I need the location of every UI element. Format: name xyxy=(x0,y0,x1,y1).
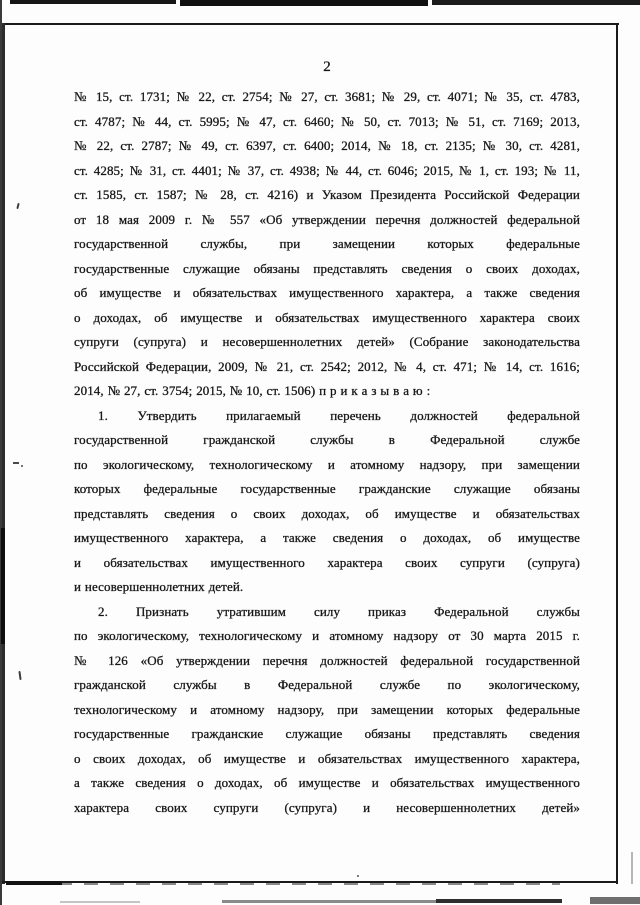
margin-mark xyxy=(18,671,21,680)
page-frame-top xyxy=(2,23,619,25)
text-line: имущественного характера, а также сведен… xyxy=(74,526,580,551)
margin-mark xyxy=(21,465,23,467)
margin-mark xyxy=(13,462,19,464)
text-line: государственной службы, при замещении ко… xyxy=(74,232,580,257)
text-line: а также сведения о доходах, об имуществе… xyxy=(74,771,580,796)
scan-artifact-dot xyxy=(357,875,359,877)
text-line: гражданской службы в Федеральной службе … xyxy=(74,673,580,698)
text-line: о доходах, об имуществе и обязательствах… xyxy=(74,306,580,331)
text-line: ст. 4787; № 44, ст. 5995; № 47, ст. 6460… xyxy=(74,110,580,135)
text-line: по экологическому, технологическому и ат… xyxy=(74,453,580,478)
scan-artifact-top-strip xyxy=(180,0,428,6)
scan-artifact-bottom-bar xyxy=(222,900,436,903)
page-frame-right xyxy=(616,23,618,884)
text-line: государственные служащие обязаны предста… xyxy=(74,257,580,282)
page-frame-left-dark-segment xyxy=(1,528,5,644)
text-line: 1. Утвердить прилагаемый перечень должно… xyxy=(74,404,580,429)
text-line: и несовершеннолетних детей. xyxy=(74,575,580,600)
text-line: ст. 1585, ст. 1587; № 28, ст. 4216) и Ук… xyxy=(74,183,580,208)
scan-artifact-top-strip xyxy=(432,0,640,5)
scan-artifact-top-strip xyxy=(10,0,176,4)
text-line: от 18 мая 2009 г. № 557 «Об утверждении … xyxy=(74,208,580,233)
text-line: № 15, ст. 1731; № 22, ст. 2754; № 27, ст… xyxy=(74,85,580,110)
page-number: 2 xyxy=(74,58,580,76)
text-line: характера своих супруги (супруга) и несо… xyxy=(74,796,580,821)
text-line: № 22, ст. 2787; № 49, ст. 6397, ст. 6400… xyxy=(74,134,580,159)
text-line: ст. 4285; № 31, ст. 4401; № 37, ст. 4938… xyxy=(74,159,580,184)
scan-artifact-bottom-smudge xyxy=(6,883,560,885)
text-line: государственной гражданской службы в Фед… xyxy=(74,428,580,453)
scan-artifact-bottom-bar xyxy=(60,901,140,903)
text-line: технологическому и атомному надзору, при… xyxy=(74,698,580,723)
document-text: № 15, ст. 1731; № 22, ст. 2754; № 27, ст… xyxy=(74,85,580,820)
scanned-page: 2 № 15, ст. 1731; № 22, ст. 2754; № 27, … xyxy=(0,0,640,905)
page-frame-right-shadow xyxy=(631,852,633,884)
scan-artifact-bottom-bar xyxy=(436,899,562,903)
text-line: Российской Федерации, 2009, № 21, ст. 25… xyxy=(74,355,580,380)
text-line: которых федеральные государственные граж… xyxy=(74,477,580,502)
margin-mark xyxy=(16,203,19,209)
text-line: государственные гражданские служащие обя… xyxy=(74,722,580,747)
text-line: № 126 «Об утверждении перечня должностей… xyxy=(74,649,580,674)
text-line: 2014, № 27, ст. 3754; 2015, № 10, ст. 15… xyxy=(74,379,580,404)
page-frame-bottom-thick-segment xyxy=(6,881,62,885)
text-line: и обязательствах имущественного характер… xyxy=(74,551,580,576)
page-frame-left xyxy=(2,23,5,884)
text-line: представлять сведения о своих доходах, о… xyxy=(74,502,580,527)
text-line: 2. Признать утратившим силу приказ Федер… xyxy=(74,600,580,625)
text-line: по экологическому, технологическому и ат… xyxy=(74,624,580,649)
text-line: об имуществе и обязательствах имуществен… xyxy=(74,281,580,306)
text-line: о своих доходах, об имуществе и обязател… xyxy=(74,747,580,772)
text-line: супруги (супруга) и несовершеннолетних д… xyxy=(74,330,580,355)
scan-artifact-bottom-bar xyxy=(590,897,640,904)
